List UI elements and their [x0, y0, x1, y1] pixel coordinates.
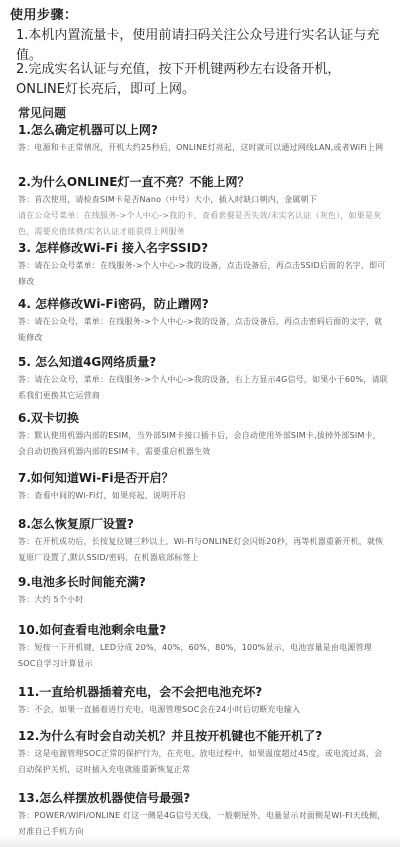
faq-question: 9.电池多长时间能充满? — [18, 574, 388, 590]
faq-item-1: 1.怎么确定机器可以上网? 答：电源和卡正常情况，开机大约25秒后，ONLINE… — [18, 122, 388, 156]
faq-question: 4. 怎样修改Wi-Fi密码，防止蹭网? — [18, 296, 388, 312]
faq-answer: 答：首次使用，请检查SIM卡是否Nano（中号）大小，插入时缺口朝内，金属朝下 — [18, 192, 388, 208]
faq-title: 常见问题 — [18, 104, 66, 121]
faq-question: 11.一直给机器插着充电，会不会把电池充坏? — [18, 684, 388, 700]
faq-item-11: 11.一直给机器插着充电，会不会把电池充坏? 答：不会，如果一直插着进行充电，电… — [18, 684, 388, 718]
faq-item-8: 8.怎么恢复原厂设置? 答：在开机成功后，长按复位键三秒以上，Wi-Fi与ONL… — [18, 516, 388, 566]
faq-item-7: 7.如何知道Wi-Fi是否开启？ 答：查看中间的Wi-Fi灯，如果亮起，说明开启 — [18, 470, 388, 504]
faq-item-10: 10.如何查看电池剩余电量? 答：短按一下开机键，LED分成 20%，40%，6… — [18, 622, 388, 672]
faq-answer: 答：查看中间的Wi-Fi灯，如果亮起，说明开启 — [18, 488, 388, 504]
faq-item-2: 2.为什么ONLINE灯一直不亮？不能上网？ 答：首次使用，请检查SIM卡是否N… — [18, 174, 388, 240]
faq-item-4: 4. 怎样修改Wi-Fi密码，防止蹭网? 答：请在公众号，菜单：在线服务->个人… — [18, 296, 388, 346]
faq-question: 5. 怎么知道4G网络质量? — [18, 354, 388, 370]
faq-answer: 答：请在公众号，菜单：在线服务->个人中心->我的设备，点击设备后，再点击密码后… — [18, 314, 388, 346]
faq-question: 8.怎么恢复原厂设置? — [18, 516, 388, 532]
faq-answer: 答：短按一下开机键，LED分成 20%，40%，60%，80%，100%显示，电… — [18, 640, 388, 672]
faq-item-3: 3. 怎样修改Wi-Fi 接入名字SSID? 答：请在公众号菜单：在线服务->个… — [18, 240, 388, 290]
faq-answer: 答：不会，如果一直插着进行充电，电源管理SOC会在24小时后切断充电输入 — [18, 702, 388, 718]
faq-item-9: 9.电池多长时间能充满? 答：大约 5个小时 — [18, 574, 388, 608]
faq-answer-note: 请在公众号菜单：在线服务->个人中心->我的卡，查看套餐是否失效/未实名认证（灰… — [18, 208, 388, 240]
faq-question: 13.怎么样摆放机器使信号最强? — [18, 790, 388, 806]
faq-answer: 答：默认使用机器内部的ESIM，当外部SIM卡接口插卡后，会自动使用外部SIM卡… — [18, 428, 388, 460]
faq-question: 3. 怎样修改Wi-Fi 接入名字SSID? — [18, 240, 388, 256]
instruction-page: 使用步骤： 1.本机内置流量卡，使用前请扫码关注公众号进行实名认证与充值。 2.… — [0, 0, 400, 847]
faq-answer: 答：大约 5个小时 — [18, 592, 388, 608]
faq-item-12: 12.为什么有时会自动关机？并且按开机键也不能开机了? 答：这是电源管理SOC正… — [18, 728, 388, 778]
faq-answer: 答：这是电源管理SOC正常的保护行为，在充电、放电过程中，如果温度超过45度，或… — [18, 746, 388, 778]
faq-answer: 答：请在公众号，菜单：在线服务->个人中心->我的设备，右上方显示4G信号，如果… — [18, 372, 388, 404]
faq-question: 1.怎么确定机器可以上网? — [18, 122, 388, 138]
faq-question: 2.为什么ONLINE灯一直不亮？不能上网？ — [18, 174, 388, 190]
faq-answer: 答：电源和卡正常情况，开机大约25秒后，ONLINE灯亮起，这时就可以通过网线L… — [18, 140, 388, 156]
bottom-shadow-band — [0, 835, 400, 847]
faq-answer: 答：在开机成功后，长按复位键三秒以上，Wi-Fi与ONLINE灯会闪烁20秒，再… — [18, 534, 388, 566]
faq-answer: 答：请在公众号菜单：在线服务->个人中心->我的设备，点击设备后，再点击SSID… — [18, 258, 388, 290]
faq-question: 6.双卡切换 — [18, 410, 388, 426]
usage-steps-title: 使用步骤： — [10, 4, 78, 23]
usage-step-2: 2.完成实名认证与充值，按下开机键两秒左右设备开机，ONLINE灯长亮后，即可上… — [16, 60, 388, 100]
faq-item-5: 5. 怎么知道4G网络质量? 答：请在公众号，菜单：在线服务->个人中心->我的… — [18, 354, 388, 404]
faq-question: 7.如何知道Wi-Fi是否开启？ — [18, 470, 388, 486]
faq-question: 12.为什么有时会自动关机？并且按开机键也不能开机了? — [18, 728, 388, 744]
faq-item-13: 13.怎么样摆放机器使信号最强? 答：POWER/WIFI/ONLINE 灯这一… — [18, 790, 388, 840]
faq-item-6: 6.双卡切换 答：默认使用机器内部的ESIM，当外部SIM卡接口插卡后，会自动使… — [18, 410, 388, 460]
faq-question: 10.如何查看电池剩余电量? — [18, 622, 388, 638]
